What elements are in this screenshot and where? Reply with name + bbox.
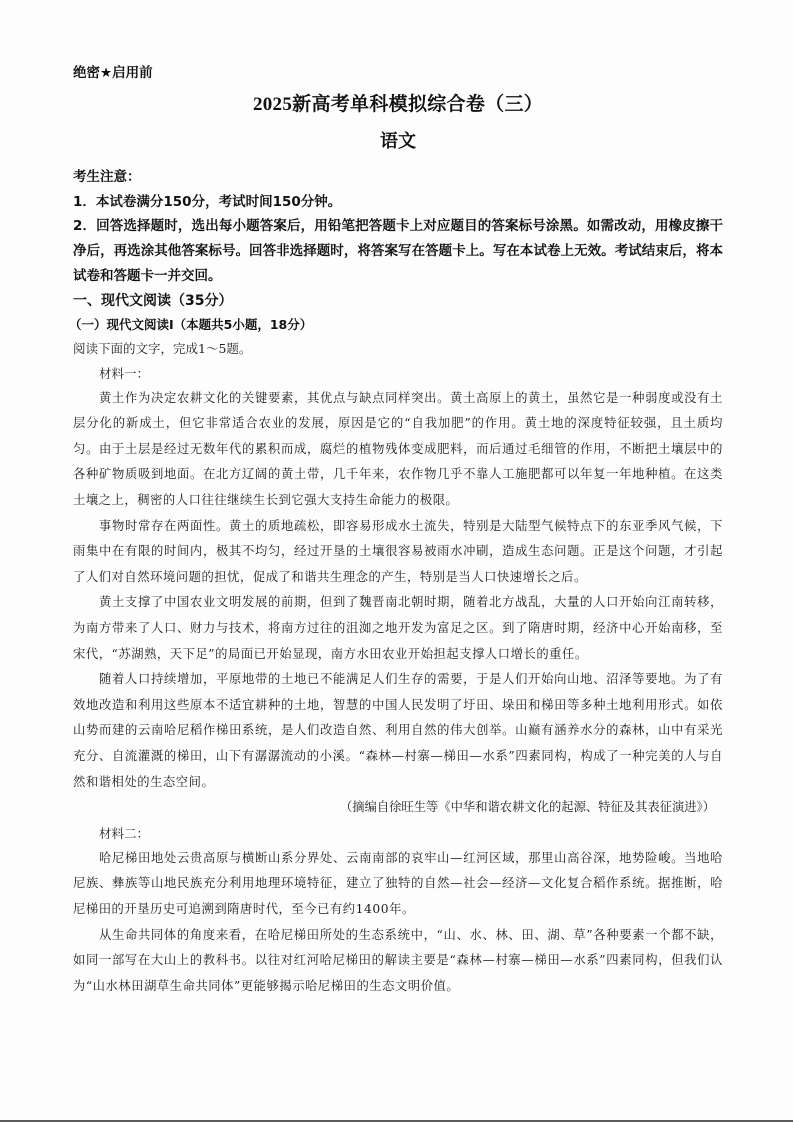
notice-heading: 考生注意： <box>73 165 723 190</box>
reading-instruction: 阅读下面的文字，完成1～5题。 <box>73 337 723 361</box>
exam-title: 2025新高考单科模拟综合卷（三） <box>73 90 723 120</box>
material-1-label: 材料一： <box>73 361 723 386</box>
notice-item-2: 2．回答选择题时，选出每小题答案后，用铅笔把答题卡上对应题目的答案标号涂黑。如需… <box>73 214 723 288</box>
page-content: 绝密★启用前 2025新高考单科模拟综合卷（三） 语文 考生注意： 1．本试卷满… <box>73 60 723 999</box>
material-1-paragraph: 黄土作为决定农耕文化的关键要素，其优点与缺点同样突出。黄土高原上的黄土，虽然它是… <box>73 386 723 514</box>
material-1-paragraph: 随着人口持续增加，平原地带的土地已不能满足人们生存的需要，于是人们开始向山地、沼… <box>73 667 723 795</box>
notice-item-1: 1．本试卷满分150分，考试时间150分钟。 <box>73 190 723 215</box>
material-1-paragraph: 事物时常存在两面性。黄土的质地疏松，即容易形成水土流失，特别是大陆型气候特点下的… <box>73 514 723 591</box>
section-heading: 一、现代文阅读（35分） <box>73 289 723 313</box>
material-2-paragraph: 从生命共同体的角度来看，在哈尼梯田所处的生态系统中，“山、水、林、田、湖、草”各… <box>73 923 723 1000</box>
material-2-paragraph: 哈尼梯田地处云贵高原与横断山系分界处、云南南部的哀牢山—红河区域，那里山高谷深，… <box>73 846 723 923</box>
material-1-source: （摘编自徐旺生等《中华和谐农耕文化的起源、特征及其表征演进》） <box>73 795 723 821</box>
document-page: 绝密★启用前 2025新高考单科模拟综合卷（三） 语文 考生注意： 1．本试卷满… <box>0 0 793 1122</box>
subsection-heading: （一）现代文阅读Ⅰ（本题共5小题，18分） <box>69 313 723 337</box>
subject-title: 语文 <box>73 127 723 157</box>
confidential-label: 绝密★启用前 <box>73 60 723 86</box>
material-1-paragraph: 黄土支撑了中国农业文明发展的前期，但到了魏晋南北朝时期，随着北方战乱，大量的人口… <box>73 590 723 667</box>
material-2-label: 材料二： <box>73 821 723 846</box>
